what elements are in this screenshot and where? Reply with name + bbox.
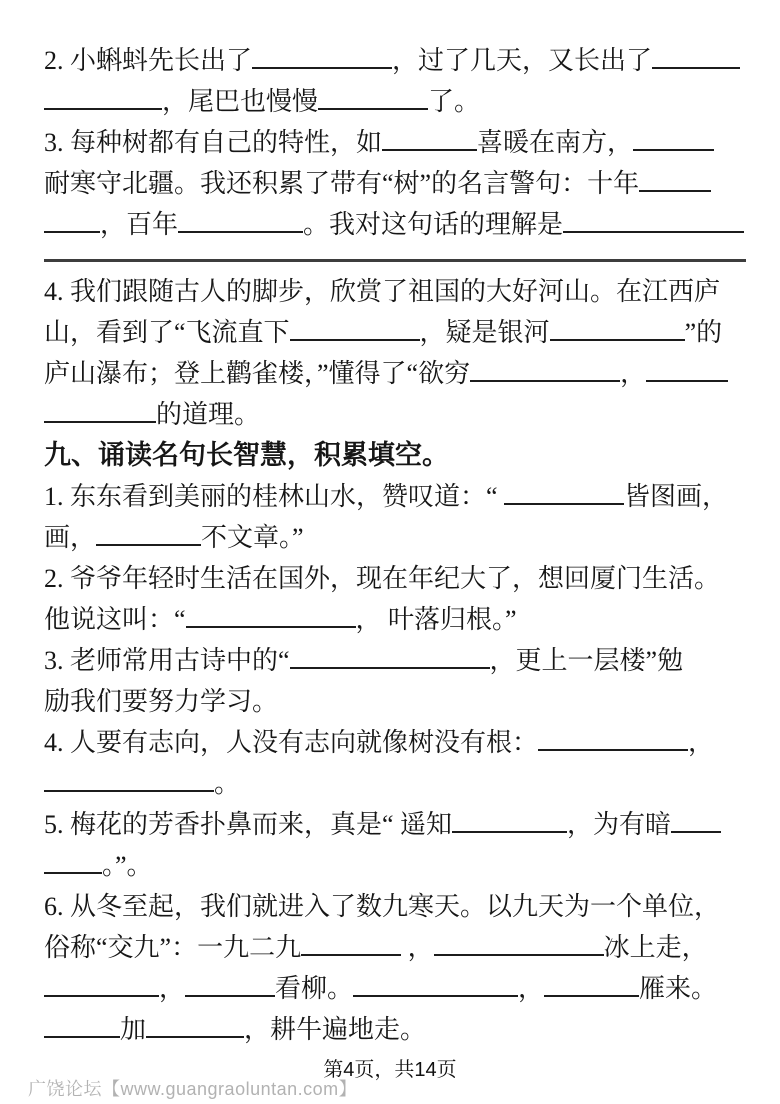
line-text: 画， bbox=[44, 523, 96, 552]
question-line: 庐山瀑布；登上鹳雀楼，”懂得了“欲穷， bbox=[44, 353, 746, 394]
line-text: ， bbox=[620, 359, 646, 388]
question-line: 2. 小蝌蚪先长出了，过了几天，又长出了 bbox=[44, 40, 746, 81]
blank-field bbox=[434, 931, 604, 956]
blank-field bbox=[178, 208, 303, 233]
line-text: 皆图画， bbox=[624, 482, 728, 511]
blank-field bbox=[504, 480, 624, 505]
line-text: 他说这叫：“ bbox=[44, 605, 186, 634]
blank-field bbox=[44, 208, 100, 233]
blank-field bbox=[646, 357, 728, 382]
line-text: 1. 东东看到美丽的桂林山水，赞叹道：“ bbox=[44, 482, 504, 511]
line-text: 3. 老师常用古诗中的“ bbox=[44, 646, 290, 675]
line-text: 2. 爷爷年轻时生活在国外，现在年纪大了，想回厦门生活。 bbox=[44, 564, 720, 593]
blank-field bbox=[544, 972, 639, 997]
line-text: 看柳。 bbox=[275, 974, 353, 1003]
document-body: 2. 小蝌蚪先长出了，过了几天，又长出了，尾巴也慢慢了。3. 每种树都有自己的特… bbox=[44, 40, 746, 1050]
question-line: 1. 东东看到美丽的桂林山水，赞叹道：“ 皆图画， bbox=[44, 476, 746, 517]
question-line: 6. 从冬至起，我们就进入了数九寒天。以九天为一个单位， bbox=[44, 886, 746, 927]
question-line: 。”。 bbox=[44, 845, 746, 886]
line-text: ， bbox=[518, 974, 544, 1003]
line-text: 俗称“交九”：一九二九 bbox=[44, 933, 301, 962]
blank-field bbox=[639, 167, 711, 192]
line-text: ，百年 bbox=[100, 210, 178, 239]
line-text: 4. 人要有志向，人没有志向就像树没有根： bbox=[44, 728, 538, 757]
line-text: ， bbox=[401, 933, 434, 962]
blank-field bbox=[44, 849, 102, 874]
line-text: 。 bbox=[214, 769, 240, 798]
answer-rule-line bbox=[44, 259, 746, 262]
line-text: ， bbox=[159, 974, 185, 1003]
line-text: 耐寒守北疆。我还积累了带有“树”的名言警句：十年 bbox=[44, 169, 639, 198]
blank-field bbox=[353, 972, 518, 997]
blank-field bbox=[290, 644, 490, 669]
blank-field bbox=[301, 931, 401, 956]
blank-field bbox=[470, 357, 620, 382]
line-text: 不文章。” bbox=[201, 523, 304, 552]
question-line: 耐寒守北疆。我还积累了带有“树”的名言警句：十年 bbox=[44, 163, 746, 204]
question-line: 3. 每种树都有自己的特性，如喜暖在南方， bbox=[44, 122, 746, 163]
line-text: ，耕牛遍地走。 bbox=[244, 1015, 426, 1044]
line-text: ，为有暗 bbox=[567, 810, 671, 839]
question-line: 5. 梅花的芳香扑鼻而来，真是“ 遥知，为有暗 bbox=[44, 804, 746, 845]
blank-field bbox=[318, 85, 428, 110]
blank-field bbox=[185, 972, 275, 997]
blank-field bbox=[550, 316, 685, 341]
section-heading: 九、诵读名句长智慧，积累填空。 bbox=[44, 435, 746, 476]
line-text: 冰上走， bbox=[604, 933, 708, 962]
blank-field bbox=[96, 521, 201, 546]
blank-field bbox=[146, 1013, 244, 1038]
line-text: ，更上一层楼”勉 bbox=[490, 646, 684, 675]
line-text: 了。 bbox=[428, 87, 480, 116]
question-line: ，看柳。，雁来。 bbox=[44, 968, 746, 1009]
line-text: 。我对这句话的理解是 bbox=[303, 210, 563, 239]
line-text: ，尾巴也慢慢 bbox=[162, 87, 318, 116]
blank-field bbox=[186, 603, 356, 628]
blank-field bbox=[44, 972, 159, 997]
worksheet-page: 2. 小蝌蚪先长出了，过了几天，又长出了，尾巴也慢慢了。3. 每种树都有自己的特… bbox=[0, 0, 780, 1104]
question-line: 加，耕牛遍地走。 bbox=[44, 1009, 746, 1050]
question-line: 的道理。 bbox=[44, 394, 746, 435]
line-text: ，过了几天，又长出了 bbox=[392, 46, 652, 75]
line-text: 雁来。 bbox=[639, 974, 717, 1003]
line-text: ， 叶落归根。” bbox=[356, 605, 517, 634]
line-text: 6. 从冬至起，我们就进入了数九寒天。以九天为一个单位， bbox=[44, 892, 720, 921]
question-line: 3. 老师常用古诗中的“，更上一层楼”勉 bbox=[44, 640, 746, 681]
blank-field bbox=[252, 44, 392, 69]
line-text: 九、诵读名句长智慧，积累填空。 bbox=[44, 440, 449, 470]
line-text: 4. 我们跟随古人的脚步，欣赏了祖国的大好河山。在江西庐 bbox=[44, 277, 720, 306]
line-text: 励我们要努力学习。 bbox=[44, 687, 278, 716]
line-text: 5. 梅花的芳香扑鼻而来，真是“ 遥知 bbox=[44, 810, 452, 839]
question-line: ，百年。我对这句话的理解是 bbox=[44, 204, 746, 245]
blank-field bbox=[633, 126, 714, 151]
question-line: 。 bbox=[44, 763, 746, 804]
question-line: 画，不文章。” bbox=[44, 517, 746, 558]
line-text: 喜暖在南方， bbox=[477, 128, 633, 157]
line-text: 庐山瀑布；登上鹳雀楼，”懂得了“欲穷 bbox=[44, 359, 470, 388]
line-text: ”的 bbox=[685, 318, 723, 347]
blank-field bbox=[452, 808, 567, 833]
answer-rule-row bbox=[44, 245, 746, 271]
question-line: 2. 爷爷年轻时生活在国外，现在年纪大了，想回厦门生活。 bbox=[44, 558, 746, 599]
blank-field bbox=[44, 85, 162, 110]
question-line: 4. 人要有志向，人没有志向就像树没有根：， bbox=[44, 722, 746, 763]
blank-field bbox=[290, 316, 420, 341]
line-text: 加 bbox=[120, 1015, 146, 1044]
question-line: 俗称“交九”：一九二九 ，冰上走， bbox=[44, 927, 746, 968]
blank-field bbox=[44, 767, 214, 792]
question-line: 山，看到了“飞流直下，疑是银河”的 bbox=[44, 312, 746, 353]
blank-field bbox=[44, 398, 156, 423]
blank-field bbox=[382, 126, 477, 151]
blank-field bbox=[44, 1013, 120, 1038]
blank-field bbox=[563, 208, 744, 233]
question-line: 励我们要努力学习。 bbox=[44, 681, 746, 722]
blank-field bbox=[538, 726, 688, 751]
line-text: ，疑是银河 bbox=[420, 318, 550, 347]
line-text: ， bbox=[688, 728, 714, 757]
question-line: ，尾巴也慢慢了。 bbox=[44, 81, 746, 122]
watermark-text: 广饶论坛【www.guangraoluntan.com】 bbox=[28, 1075, 357, 1101]
blank-field bbox=[671, 808, 721, 833]
blank-field bbox=[652, 44, 740, 69]
line-text: 的道理。 bbox=[156, 400, 260, 429]
line-text: 山，看到了“飞流直下 bbox=[44, 318, 290, 347]
line-text: 2. 小蝌蚪先长出了 bbox=[44, 46, 252, 75]
line-text: 。”。 bbox=[102, 851, 153, 880]
question-line: 4. 我们跟随古人的脚步，欣赏了祖国的大好河山。在江西庐 bbox=[44, 271, 746, 312]
question-line: 他说这叫：“， 叶落归根。” bbox=[44, 599, 746, 640]
line-text: 3. 每种树都有自己的特性，如 bbox=[44, 128, 382, 157]
